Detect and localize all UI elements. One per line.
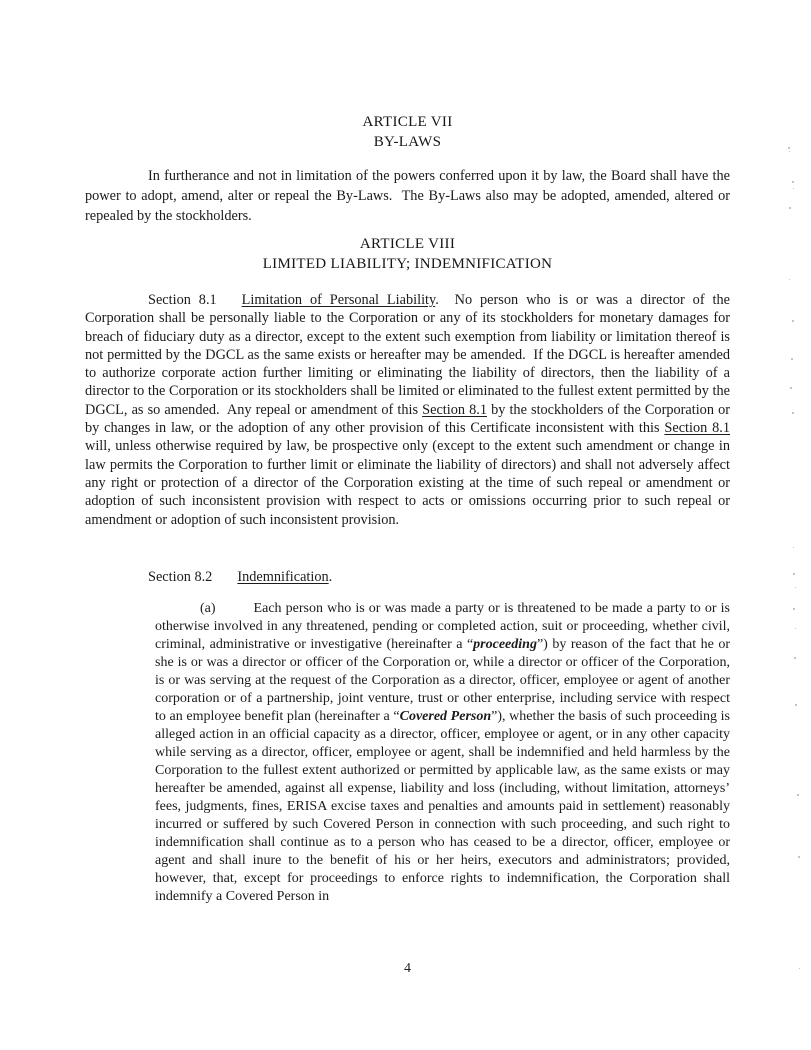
scan-speck — [792, 412, 794, 414]
scan-speck — [791, 358, 793, 360]
text-segment: will, unless otherwise required by law, … — [85, 438, 730, 527]
text-segment: Section 8.1 — [422, 402, 487, 418]
article-viii-title: ARTICLE VIII — [85, 234, 730, 254]
document-page: ARTICLE VII BY-LAWS In furtherance and n… — [0, 0, 811, 1050]
text-segment: . No person who is or was a director of … — [85, 292, 730, 418]
bylaws-paragraph: In furtherance and not in limitation of … — [85, 166, 730, 226]
text-segment: (a) — [200, 601, 216, 616]
text-segment: Covered Person — [400, 709, 492, 724]
article-vii-heading: ARTICLE VII BY-LAWS — [85, 112, 730, 152]
scan-speck — [792, 181, 794, 183]
scan-speck — [793, 573, 795, 575]
scan-speck — [795, 587, 796, 588]
page-number: 4 — [85, 961, 730, 977]
text-segment: . — [329, 569, 333, 585]
scan-speck — [789, 151, 790, 152]
text-segment: In furtherance and not in limitation of … — [85, 168, 730, 224]
section-8-1-paragraph: Section 8.1Limitation of Personal Liabil… — [85, 291, 730, 529]
scan-speck — [793, 547, 794, 548]
scan-speck — [789, 207, 791, 209]
scan-speck — [793, 188, 794, 189]
scan-speck — [794, 657, 796, 659]
scan-speck — [799, 968, 800, 969]
scan-speck — [795, 704, 797, 706]
scan-speck — [788, 147, 790, 149]
article-vii-subtitle: BY-LAWS — [85, 132, 730, 152]
article-viii-heading: ARTICLE VIII LIMITED LIABILITY; INDEMNIF… — [85, 234, 730, 274]
text-segment: ”), whether the basis of such proceeding… — [155, 709, 730, 904]
scan-speck — [790, 387, 792, 389]
scan-speck — [795, 628, 796, 629]
section-8-2-a-paragraph: (a)Each person who is or was made a part… — [155, 600, 730, 906]
text-segment: Section 8.2 — [148, 569, 212, 585]
scan-speck — [797, 794, 799, 796]
text-segment: Section 8.1 — [148, 292, 217, 308]
text-segment: Section 8.1 — [664, 420, 730, 436]
scan-speck — [798, 856, 800, 858]
article-vii-title: ARTICLE VII — [85, 112, 730, 132]
scan-speck — [792, 320, 794, 322]
text-segment: Indemnification — [237, 569, 328, 585]
text-segment: proceeding — [473, 637, 537, 652]
text-segment: Limitation of Personal Liability — [242, 292, 436, 308]
article-viii-subtitle: LIMITED LIABILITY; INDEMNIFICATION — [85, 254, 730, 274]
scan-speck — [793, 608, 795, 610]
section-8-2-heading: Section 8.2Indemnification. — [148, 568, 332, 586]
scan-speck — [789, 279, 790, 280]
